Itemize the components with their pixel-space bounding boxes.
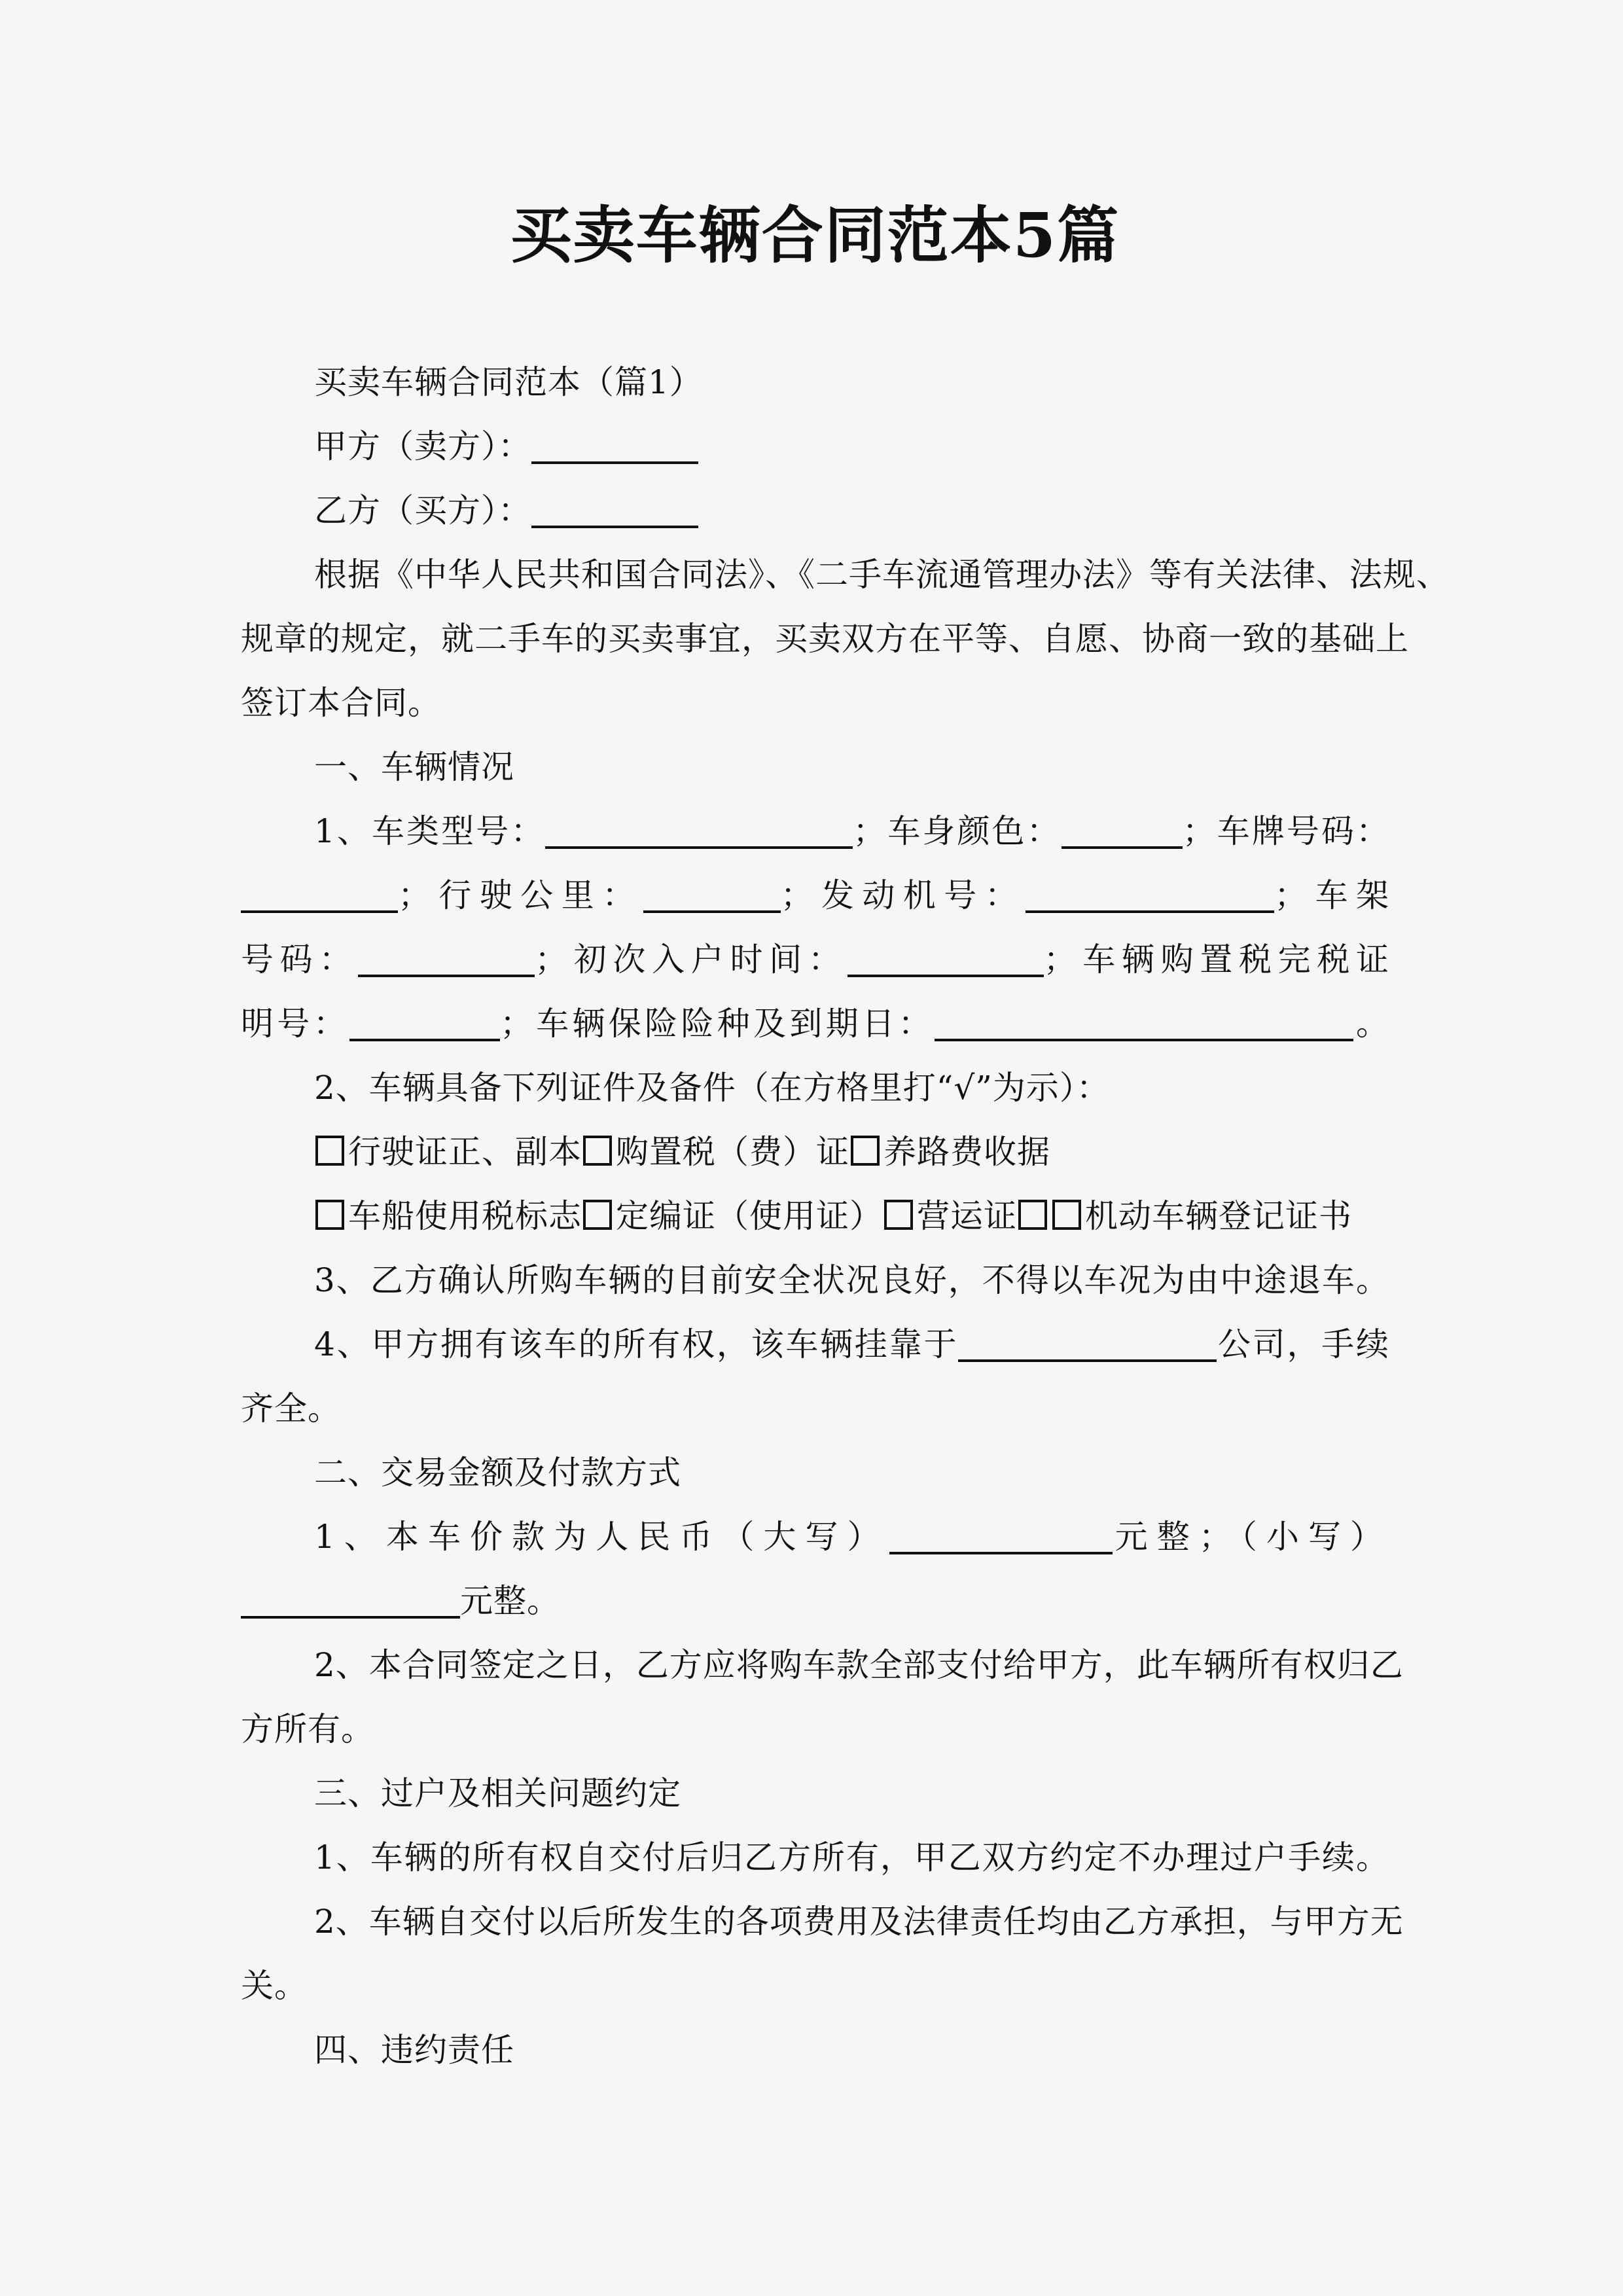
- line-text: 号码：: [241, 941, 358, 978]
- blank-field: [531, 502, 698, 528]
- line-text: 1、车辆的所有权自交付后归乙方所有，甲乙双方约定不办理过户手续。: [314, 1839, 1389, 1876]
- blank-field: [545, 823, 853, 849]
- line-text: 四、违约责任: [314, 2031, 514, 2069]
- checkbox-icon: [884, 1200, 913, 1230]
- preamble-line-1: 根据《中华人民共和国合同法》、《二手车流通管理办法》等有关法律、法规、: [241, 543, 1389, 607]
- line-text: 签订本合同。: [241, 684, 441, 722]
- blank-field: [643, 887, 781, 913]
- line-text: ；行驶公里：: [398, 876, 643, 914]
- blank-field: [531, 438, 698, 464]
- contract-page: 买卖车辆合同范本5篇 买卖车辆合同范本（篇1）甲方（卖方）：乙方（买方）：根据《…: [0, 0, 1623, 2296]
- line-text: 明号：: [241, 1005, 349, 1043]
- checkbox-icon: [315, 1200, 344, 1230]
- section-2-heading: 二、交易金额及付款方式: [241, 1441, 1389, 1505]
- line-text: 2、本合同签定之日，乙方应将购车款全部支付给甲方，此车辆所有权归乙: [314, 1646, 1404, 1684]
- price-line-1: 1、本车价款为人民币（大写）元整；（小写）: [241, 1505, 1389, 1569]
- blank-field: [241, 1592, 460, 1619]
- party-b-line: 乙方（买方）：: [241, 478, 1389, 543]
- vehicle-info-line-2: ；行驶公里：；发动机号：；车架: [241, 863, 1389, 927]
- clause-2-2-line-1: 2、本合同签定之日，乙方应将购车款全部支付给甲方，此车辆所有权归乙: [241, 1633, 1389, 1697]
- blank-field: [847, 951, 1044, 977]
- clause-3-1-line: 1、车辆的所有权自交付后归乙方所有，甲乙双方约定不办理过户手续。: [241, 1825, 1389, 1890]
- line-text: 买卖车辆合同范本（篇1）: [314, 363, 703, 401]
- blank-field: [241, 887, 398, 913]
- line-text: 根据《中华人民共和国合同法》、《二手车流通管理办法》等有关法律、法规、: [314, 556, 1450, 594]
- line-text: 养路费收据: [883, 1133, 1050, 1171]
- checkbox-icon: [1052, 1200, 1081, 1230]
- line-text: 乙方（买方）：: [314, 492, 531, 529]
- vehicle-info-line-4: 明号：；车辆保险险种及到期日：。: [241, 992, 1389, 1056]
- section-1-heading: 一、车辆情况: [241, 735, 1389, 799]
- line-text: 2、车辆自交付以后所发生的各项费用及法律责任均由乙方承担，与甲方无: [314, 1903, 1404, 1941]
- price-line-2: 元整。: [241, 1569, 1389, 1633]
- line-text: 元整。: [460, 1582, 560, 1620]
- line-text: 齐全。: [241, 1390, 341, 1427]
- line-text: 方所有。: [241, 1710, 374, 1748]
- line-text: 4、甲方拥有该车的所有权，该车辆挂靠于: [314, 1325, 958, 1363]
- party-a-line: 甲方（卖方）：: [241, 414, 1389, 478]
- clause-1-4-line-1: 4、甲方拥有该车的所有权，该车辆挂靠于公司，手续: [241, 1312, 1389, 1376]
- line-text: 营运证: [917, 1197, 1017, 1235]
- line-text: 2、车辆具备下列证件及备件（在方格里打“√”为示）：: [314, 1069, 1110, 1107]
- document-title: 买卖车辆合同范本5篇: [241, 193, 1389, 278]
- line-text: 1、车类型号：: [314, 812, 545, 850]
- line-text: 甲方（卖方）：: [314, 427, 531, 465]
- line-text: ；车身颜色：: [853, 812, 1061, 850]
- paper-subtitle-line: 买卖车辆合同范本（篇1）: [241, 350, 1389, 414]
- line-text: 定编证（使用证）: [616, 1197, 883, 1235]
- line-text: 车船使用税标志: [348, 1197, 582, 1235]
- blank-field: [1061, 823, 1183, 849]
- clause-1-3-line: 3、乙方确认所购车辆的目前安全状况良好，不得以车况为由中途退车。: [241, 1248, 1389, 1312]
- line-text: ；发动机号：: [781, 876, 1026, 914]
- section-3-heading: 三、过户及相关问题约定: [241, 1761, 1389, 1825]
- checkbox-icon: [1018, 1200, 1047, 1230]
- blank-field: [958, 1336, 1217, 1362]
- line-text: ；车辆购置税完税证: [1044, 941, 1389, 978]
- line-text: 规章的规定，就二手车的买卖事宜，买卖双方在平等、自愿、协商一致的基础上: [241, 620, 1409, 658]
- line-text: ；车架: [1274, 876, 1389, 914]
- clause-2-2-line-2: 方所有。: [241, 1697, 1389, 1761]
- checkbox-icon: [851, 1136, 880, 1166]
- line-text: 机动车辆登记证书: [1085, 1197, 1352, 1235]
- line-text: 行驶证正、副本: [348, 1133, 582, 1171]
- line-text: 1、本车价款为人民币（大写）: [314, 1518, 889, 1556]
- line-text: 购置税（费）证: [616, 1133, 849, 1171]
- line-text: 三、过户及相关问题约定: [314, 1774, 681, 1812]
- documents-intro-line: 2、车辆具备下列证件及备件（在方格里打“√”为示）：: [241, 1056, 1389, 1120]
- documents-checkbox-line-1: 行驶证正、副本购置税（费）证养路费收据: [241, 1120, 1389, 1184]
- preamble-line-3: 签订本合同。: [241, 671, 1389, 735]
- line-text: 二、交易金额及付款方式: [314, 1454, 681, 1492]
- line-text: 。: [1353, 1005, 1389, 1043]
- clause-1-4-line-2: 齐全。: [241, 1376, 1389, 1441]
- checkbox-icon: [583, 1200, 612, 1230]
- clause-3-2-line-2: 关。: [241, 1954, 1389, 2018]
- blank-field: [935, 1015, 1353, 1041]
- line-text: 关。: [241, 1967, 308, 2005]
- blank-field: [889, 1528, 1113, 1554]
- vehicle-info-line-3: 号码：；初次入户时间：；车辆购置税完税证: [241, 927, 1389, 992]
- blank-field: [1026, 887, 1274, 913]
- clause-3-2-line-1: 2、车辆自交付以后所发生的各项费用及法律责任均由乙方承担，与甲方无: [241, 1890, 1389, 1954]
- blank-field: [358, 951, 535, 977]
- checkbox-icon: [315, 1136, 344, 1166]
- line-text: ；车牌号码：: [1183, 812, 1389, 850]
- section-4-heading: 四、违约责任: [241, 2018, 1389, 2082]
- checkbox-icon: [583, 1136, 612, 1166]
- line-text: ；初次入户时间：: [535, 941, 847, 978]
- blank-field: [349, 1015, 500, 1041]
- line-text: 一、车辆情况: [314, 748, 514, 786]
- line-text: 公司，手续: [1217, 1325, 1389, 1363]
- contract-body: 买卖车辆合同范本（篇1）甲方（卖方）：乙方（买方）：根据《中华人民共和国合同法》…: [241, 350, 1389, 2082]
- vehicle-info-line-1: 1、车类型号：；车身颜色：；车牌号码：: [241, 799, 1389, 863]
- line-text: ；车辆保险险种及到期日：: [500, 1005, 935, 1043]
- preamble-line-2: 规章的规定，就二手车的买卖事宜，买卖双方在平等、自愿、协商一致的基础上: [241, 607, 1389, 671]
- line-text: 3、乙方确认所购车辆的目前安全状况良好，不得以车况为由中途退车。: [314, 1261, 1389, 1299]
- line-text: 元整；（小写）: [1113, 1518, 1389, 1556]
- documents-checkbox-line-2: 车船使用税标志定编证（使用证）营运证机动车辆登记证书: [241, 1184, 1389, 1248]
